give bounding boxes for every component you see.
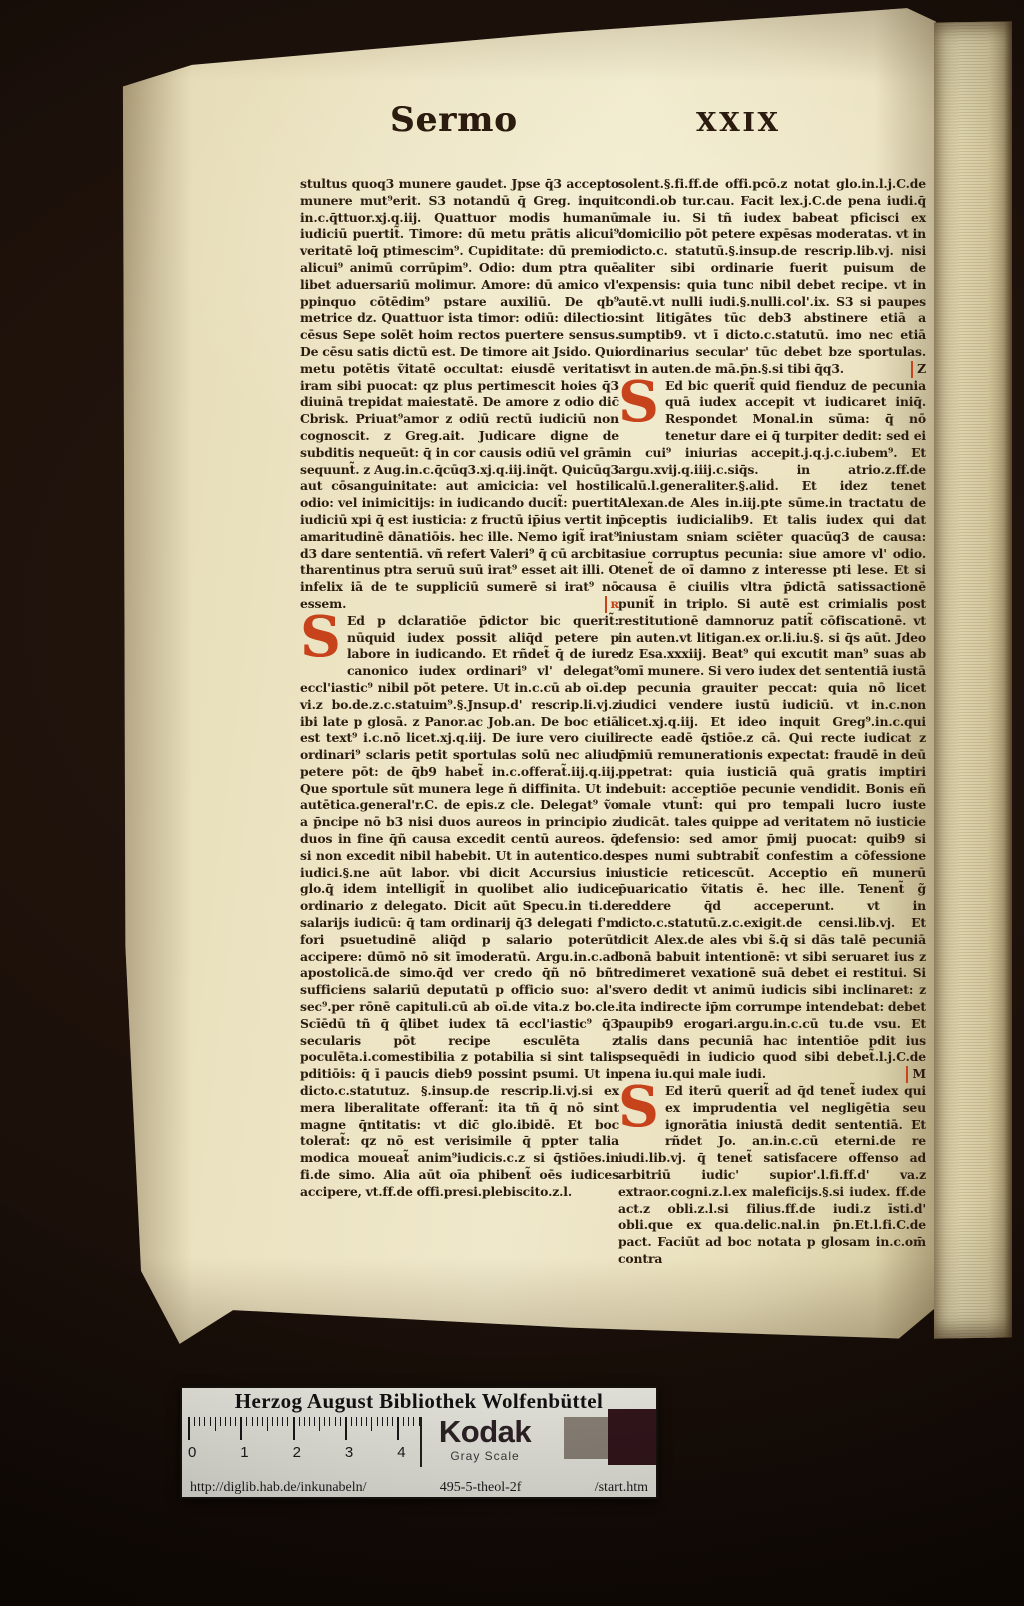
ruler-tick (246, 1417, 247, 1426)
text-block: SEd bic querit̃ quid fienduz de pecunia … (618, 378, 926, 1083)
ruler-tick (392, 1417, 393, 1426)
gray-scale-patch (564, 1417, 608, 1459)
ruler-ticks (188, 1417, 420, 1440)
ruler-tick (319, 1417, 320, 1431)
ruler-tick (309, 1417, 310, 1426)
running-title: Sermo (390, 100, 518, 140)
book-page: Sermo XXIX stultus quoq3 munere gaudet. … (118, 0, 940, 1352)
gothic-text: Ed iterū querit̃ ad q̄d tenet̃ iudex qui… (618, 1083, 926, 1266)
text-block: stultus quoq3 munere gaudet. Jpse q̄3 ac… (300, 176, 619, 613)
ruler-tick (361, 1417, 362, 1426)
ruler-tick (377, 1417, 378, 1426)
rubricated-initial: S (618, 380, 660, 430)
gray-scale-patch (608, 1409, 656, 1465)
ruler-tick (277, 1417, 278, 1426)
ruler-tick (262, 1417, 263, 1426)
ruler-tick (314, 1417, 315, 1426)
ruler-number: 4 (397, 1444, 405, 1461)
gray-scale-patches (564, 1409, 656, 1465)
paragraph-end-mark: Z (911, 361, 926, 378)
rubricated-initial: S (618, 1085, 660, 1135)
paragraph-end-mark: ʀ (605, 596, 619, 613)
text-column-right: solent.§.fi.ff.de offi.pcō.z notat glo.i… (618, 176, 926, 1268)
text-block: solent.§.fi.ff.de offi.pcō.z notat glo.i… (618, 176, 926, 378)
ruler-number: 0 (188, 1444, 196, 1461)
ruler-tick (215, 1417, 216, 1431)
ruler-tick (225, 1417, 226, 1426)
ruler-tick (257, 1417, 258, 1426)
ruler-tick (413, 1417, 414, 1426)
ruler-tick (408, 1417, 409, 1426)
ruler-tick (267, 1417, 268, 1431)
digitized-book-photograph: { "colors": { "ink": "#2c1c10", "initial… (0, 0, 1024, 1606)
text-column-left: stultus quoq3 munere gaudet. Jpse q̄3 ac… (300, 176, 619, 1201)
ruler-tick (340, 1417, 341, 1426)
ruler-tick (240, 1417, 242, 1440)
gothic-text: Ed p dclaratiōe p̄dictor bic querit̃: nū… (300, 613, 619, 1199)
ruler-tick (329, 1417, 330, 1426)
ruler-tick (287, 1417, 288, 1426)
kodak-wordmark: Kodak (420, 1416, 550, 1448)
ruler-tick (204, 1417, 205, 1426)
ruler-tick (299, 1417, 300, 1426)
book-fore-edge (934, 21, 1012, 1338)
centimeter-ruler: 01234 (188, 1417, 422, 1467)
ruler-tick (387, 1417, 388, 1426)
ruler-tick (194, 1417, 195, 1426)
folio-number: XXIX (696, 108, 781, 138)
ruler-tick (188, 1417, 190, 1440)
ruler-tick (293, 1417, 295, 1440)
ruler-tick (366, 1417, 367, 1426)
ruler-tick (304, 1417, 305, 1426)
ruler-tick (345, 1417, 347, 1440)
gothic-text: Ed bic querit̃ quid fienduz de pecunia q… (618, 378, 926, 1082)
ruler-tick (220, 1417, 221, 1426)
rubricated-initial: S (300, 615, 342, 665)
ruler-tick (199, 1417, 200, 1426)
ruler-number: 1 (240, 1444, 248, 1461)
paragraph-end-mark: M (906, 1066, 926, 1083)
calibration-row: 01234 Kodak Gray Scale (182, 1414, 656, 1471)
gray-scale-caption: Gray Scale (420, 1449, 550, 1463)
ruler-tick (210, 1417, 211, 1426)
ruler-tick (230, 1417, 231, 1426)
strip-footer-row: http://diglib.hab.de/inkunabeln/ 495-5-t… (182, 1480, 656, 1496)
calibration-strip: Herzog August Bibliothek Wolfenbüttel 01… (180, 1386, 658, 1499)
ruler-tick (382, 1417, 383, 1426)
shelfmark: 495-5-theol-2f (440, 1480, 522, 1496)
ruler-tick (356, 1417, 357, 1426)
ruler-tick (272, 1417, 273, 1426)
gothic-text: stultus quoq3 munere gaudet. Jpse q̄3 ac… (300, 176, 619, 611)
ruler-tick (403, 1417, 404, 1426)
text-block: SEd iterū querit̃ ad q̄d tenet̃ iudex qu… (618, 1083, 926, 1268)
digitization-url: http://diglib.hab.de/inkunabeln/ (190, 1480, 367, 1496)
ruler-tick (235, 1417, 236, 1426)
gothic-text: solent.§.fi.ff.de offi.pcō.z notat glo.i… (618, 176, 926, 376)
ruler-tick (335, 1417, 336, 1426)
start-link: /start.htm (595, 1480, 648, 1496)
ruler-tick (371, 1417, 372, 1431)
gray-scale-label: Kodak Gray Scale (420, 1416, 550, 1463)
ruler-tick (324, 1417, 325, 1426)
ruler-tick (397, 1417, 399, 1440)
ruler-tick (282, 1417, 283, 1426)
ruler-tick (351, 1417, 352, 1426)
text-block: SEd p dclaratiōe p̄dictor bic querit̃: n… (300, 613, 619, 1201)
ruler-number: 2 (293, 1444, 301, 1461)
ruler-number: 3 (345, 1444, 353, 1461)
ruler-tick (252, 1417, 253, 1426)
